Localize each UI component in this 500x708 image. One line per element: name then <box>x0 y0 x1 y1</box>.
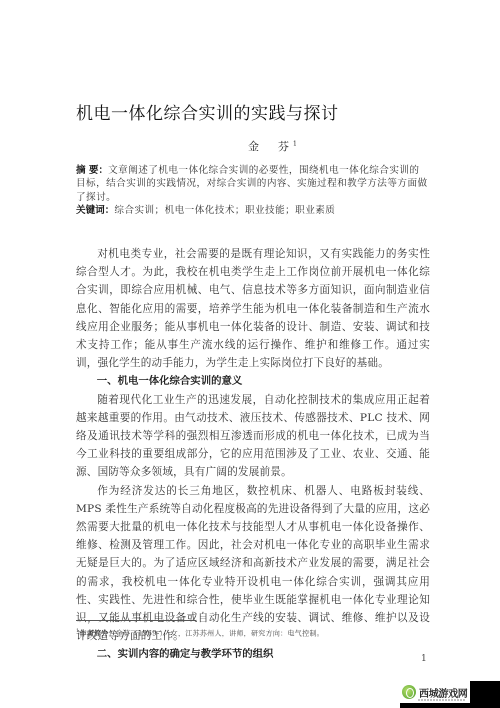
abstract: 摘 要：文章阐述了机电一体化综合实训的必要性，围绕机电一体化综合实训的目标，结合… <box>76 164 428 204</box>
section-heading-2: 二、实训内容的确定与教学环节的组织 <box>76 645 430 663</box>
page-number: 1 <box>421 654 427 664</box>
watermark-text: 西城游戏网 <box>419 685 468 700</box>
watermark-badge: 西城游戏网 <box>400 681 470 703</box>
paragraph-significance: 随着现代化工业生产的迅速发展，自动化控制技术的集成应用正起着越来越重要的作用。由… <box>76 391 430 482</box>
watermark-subtext <box>418 699 466 701</box>
paragraph-intro: 对机电类专业，社会需要的是既有理论知识，又有实践能力的务实性综合型人才。为此，我… <box>76 245 430 372</box>
leaf-logo-icon <box>402 685 416 699</box>
body-text: 对机电类专业，社会需要的是既有理论知识，又有实践能力的务实性综合型人才。为此，我… <box>76 245 430 664</box>
abstract-text: 文章阐述了机电一体化综合实训的必要性，围绕机电一体化综合实训的目标，结合实训的实… <box>76 165 428 203</box>
section-heading-1: 一、机电一体化综合实训的意义 <box>76 372 430 390</box>
author-footnote-marker: 1 <box>293 140 297 147</box>
footnote-divider <box>76 620 196 621</box>
abstract-label: 摘 要： <box>76 165 108 176</box>
keywords-label: 关键词： <box>76 205 114 216</box>
footnote-text: 金芬（1969-），女，江苏苏州人，讲师，研究方向：电气控制。 <box>116 629 324 637</box>
author-footnote: 1作者简介：金芬（1969-），女，江苏苏州人，讲师，研究方向：电气控制。 <box>76 628 324 638</box>
author-line: 金 芬1 <box>248 138 297 154</box>
footnote-label: 作者简介： <box>79 629 116 637</box>
keywords-text: 综合实训；机电一体化技术；职业技能；职业素质 <box>114 205 335 216</box>
author-name: 金 芬 <box>248 140 293 153</box>
keywords: 关键词：综合实训；机电一体化技术；职业技能；职业素质 <box>76 204 428 217</box>
site-watermark: 西城游戏网 <box>400 681 500 708</box>
paper-title: 机电一体化综合实训的实践与探讨 <box>76 99 339 124</box>
